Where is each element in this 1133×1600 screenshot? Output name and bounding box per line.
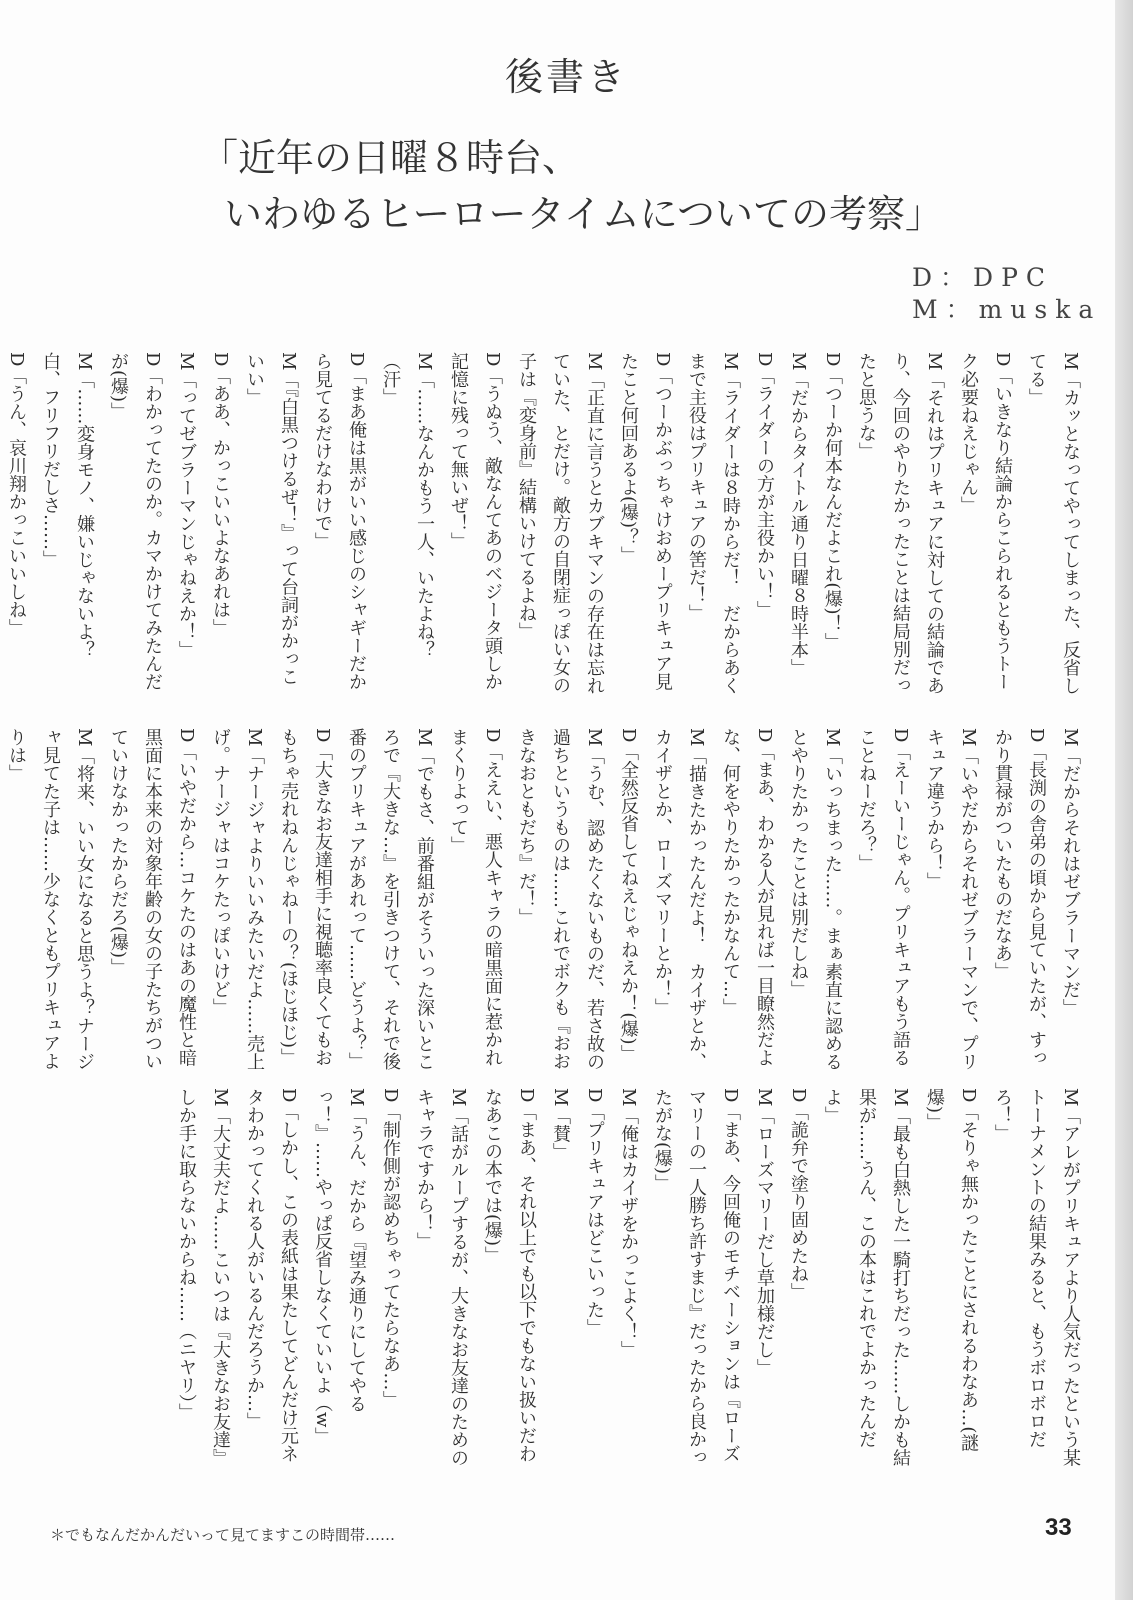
dialogue-line: M「それはプリキュアに対しての結論であり、今回のやりたかったことは結局別だったと… <box>849 352 951 697</box>
dialogue-line: D「そりゃ無かったことにされるわなあ…(謎爆)」 <box>917 1088 985 1468</box>
dialogue-line: D「いきなり結論からこられるともうトーク必要ねえじゃん」 <box>951 352 1019 697</box>
dialogue-line: D「まあ、今回俺のモチベーションは『ローズマリーの一人勝ち許すまじ』だったから良… <box>645 1088 747 1468</box>
dialogue-line: M「正直に言うとカブキマンの存在は忘れていた、とだけ。敵方の自閉症っぽい女の子は… <box>509 352 611 697</box>
dialogue-line: D「いやだから…コケたのはあの魔性と暗黒面に本来の対象年齢の女の子たちがついてい… <box>101 728 203 1073</box>
dialogue-line: M「うむ、認めたくないものだ、若さ故の過ちというものは……これでボクも『おおきな… <box>509 728 611 1073</box>
credit-m: M：muska <box>912 294 1101 326</box>
article-title-line-2: いわゆるヒーロータイムについての考察」 <box>200 186 943 242</box>
dialogue-line: D「まあ、それ以上でも以下でもない扱いだわなあこの本では(爆)」 <box>475 1088 543 1468</box>
dialogue-line: D「ライダーの方が主役かい！」 <box>747 352 781 697</box>
dialogue-line: M「うん、だから『望み通りにしてやるっ！』……やっぱ反省しなくていいよ（w」 <box>305 1088 373 1468</box>
dialogue-line: M「ローズマリーだし草加様だし」 <box>747 1088 781 1468</box>
dialogue-tier-3: M「アレがプリキュアより人気だったという某トーナメントの結果みると、もうボロボロ… <box>47 1088 1087 1468</box>
dialogue-line: M「だからタイトル通り日曜８時半本」 <box>781 352 815 697</box>
dialogue-line: M「賛」 <box>543 1088 577 1468</box>
page-heading: 後書き <box>0 46 1133 101</box>
dialogue-tier-1: M「カッとなってやってしまった、反省してる」 D「いきなり結論からこられるともう… <box>47 352 1087 697</box>
dialogue-line: M「大丈夫だよ……こいつは『大きなお友達』しか手に取らないからね……（ニヤリ）」 <box>169 1088 237 1468</box>
dialogue-line: M「でもさ、前番組がそういった深いところで『大きな…』を引きつけて、それで後番の… <box>339 728 441 1073</box>
dialogue-line: M「ライダーは８時からだ！ だからあくまで主役はプリキュアの筈だ！」 <box>679 352 747 697</box>
dialogue-line: D「うん、哀川翔かっこいいしね」 <box>0 352 33 697</box>
article-title: 「近年の日曜８時台、 いわゆるヒーロータイムについての考察」 <box>200 130 943 242</box>
page-number: 33 <box>1045 1514 1072 1542</box>
dialogue-line: D「長渕の舎弟の頃から見ていたが、すっかり貫禄がついたものだなあ」 <box>985 728 1053 1073</box>
dialogue-line: M「ナージャよりいいみたいだよ……売上げ。ナージャはコケたっぽいけど」 <box>203 728 271 1073</box>
dialogue-line: D「うぬう、敵なんてあのベジータ頭しか記憶に残って無いぜ！」 <box>441 352 509 697</box>
dialogue-line: D「ええい、悪人キャラの暗黒面に惹かれまくりよって」 <box>441 728 509 1073</box>
dialogue-line: M「アレがプリキュアより人気だったという某トーナメントの結果みると、もうボロボロ… <box>985 1088 1087 1468</box>
footnote: ＊でもなんだかんだいって見てますこの時間帯…… <box>50 1524 395 1545</box>
page-edge-shadow <box>1115 0 1133 1600</box>
dialogue-line: M「最も白熱した一騎打ちだった……しかも結果が……うん、この本はこれでよかったん… <box>815 1088 917 1468</box>
article-title-line-1: 「近年の日曜８時台、 <box>200 130 943 186</box>
dialogue-line: M「いっちまった……。まぁ素直に認めるとやりたかったことは別だしね」 <box>781 728 849 1073</box>
dialogue-line: D「えーいーじゃん。プリキュアもう語ることねーだろ？」 <box>849 728 917 1073</box>
dialogue-line: M「『白黒つけるぜ！』って台詞がかっこいい」 <box>237 352 305 697</box>
dialogue-line: M「俺はカイザをかっこよく！」 <box>611 1088 645 1468</box>
dialogue-line: D「まあ俺は黒がいい感じのシャギーだから見てるだけなわけで」 <box>305 352 373 697</box>
dialogue-line: D「まあ、わかる人が見れば一目瞭然だよな、何をやりたかったかなんて…」 <box>713 728 781 1073</box>
dialogue-line: D「しかし、この表紙は果たしてどんだけ元ネタわかってくれる人がいるんだろうか…」 <box>237 1088 305 1468</box>
dialogue-line: D「ああ、かっこいいよなあれは」 <box>203 352 237 697</box>
credits: D：DPC M：muska <box>912 262 1101 326</box>
dialogue-line: M「描きたかったんだよ！ カイザとか、カイザとか、ローズマリーとか！」 <box>645 728 713 1073</box>
dialogue-line: M「だからそれはゼブラーマンだ」 <box>1053 728 1087 1073</box>
dialogue-line: D「つーか何本なんだよこれ(爆)！」 <box>815 352 849 697</box>
dialogue-line: D「大きなお友達相手に視聴率良くてもおもちゃ売れねんじゃねーの？(ほじほじ)」 <box>271 728 339 1073</box>
credit-d: D：DPC <box>912 262 1101 294</box>
dialogue-line: M「将来、いい女になると思うよ？ナージャ見てた子は……少なくともプリキュアよりは… <box>0 728 101 1073</box>
dialogue-line: M「……なんかもう一人、いたよね？（汗」 <box>373 352 441 697</box>
dialogue-line: D「詭弁で塗り固めたね」 <box>781 1088 815 1468</box>
dialogue-line: M「話がループするが、大きなお友達のためのキャラですから！」 <box>407 1088 475 1468</box>
dialogue-tier-2: M「だからそれはゼブラーマンだ」 D「長渕の舎弟の頃から見ていたが、すっかり貫禄… <box>47 728 1087 1073</box>
dialogue-line: D「プリキュアはどこいった」 <box>577 1088 611 1468</box>
dialogue-line: D「わかってたのか。カマかけてみたんだが(爆)」 <box>101 352 169 697</box>
dialogue-line: D「全然反省してねえじゃねえか！(爆)」 <box>611 728 645 1073</box>
dialogue-line: M「……変身モノ、嫌いじゃないよ？ 白、フリフリだしさ……」 <box>33 352 101 697</box>
dialogue-line: M「いやだからそれゼブラーマンで、プリキュア違うから！」 <box>917 728 985 1073</box>
dialogue-line: M「カッとなってやってしまった、反省してる」 <box>1019 352 1087 697</box>
dialogue-line: M「ってゼブラーマンじゃねえか！」 <box>169 352 203 697</box>
dialogue-line: D「つーかぶっちゃけおめープリキュア見たこと何回あるよ(爆)？」 <box>611 352 679 697</box>
dialogue-line: D「制作側が認めちゃってたらなあ…」 <box>373 1088 407 1468</box>
